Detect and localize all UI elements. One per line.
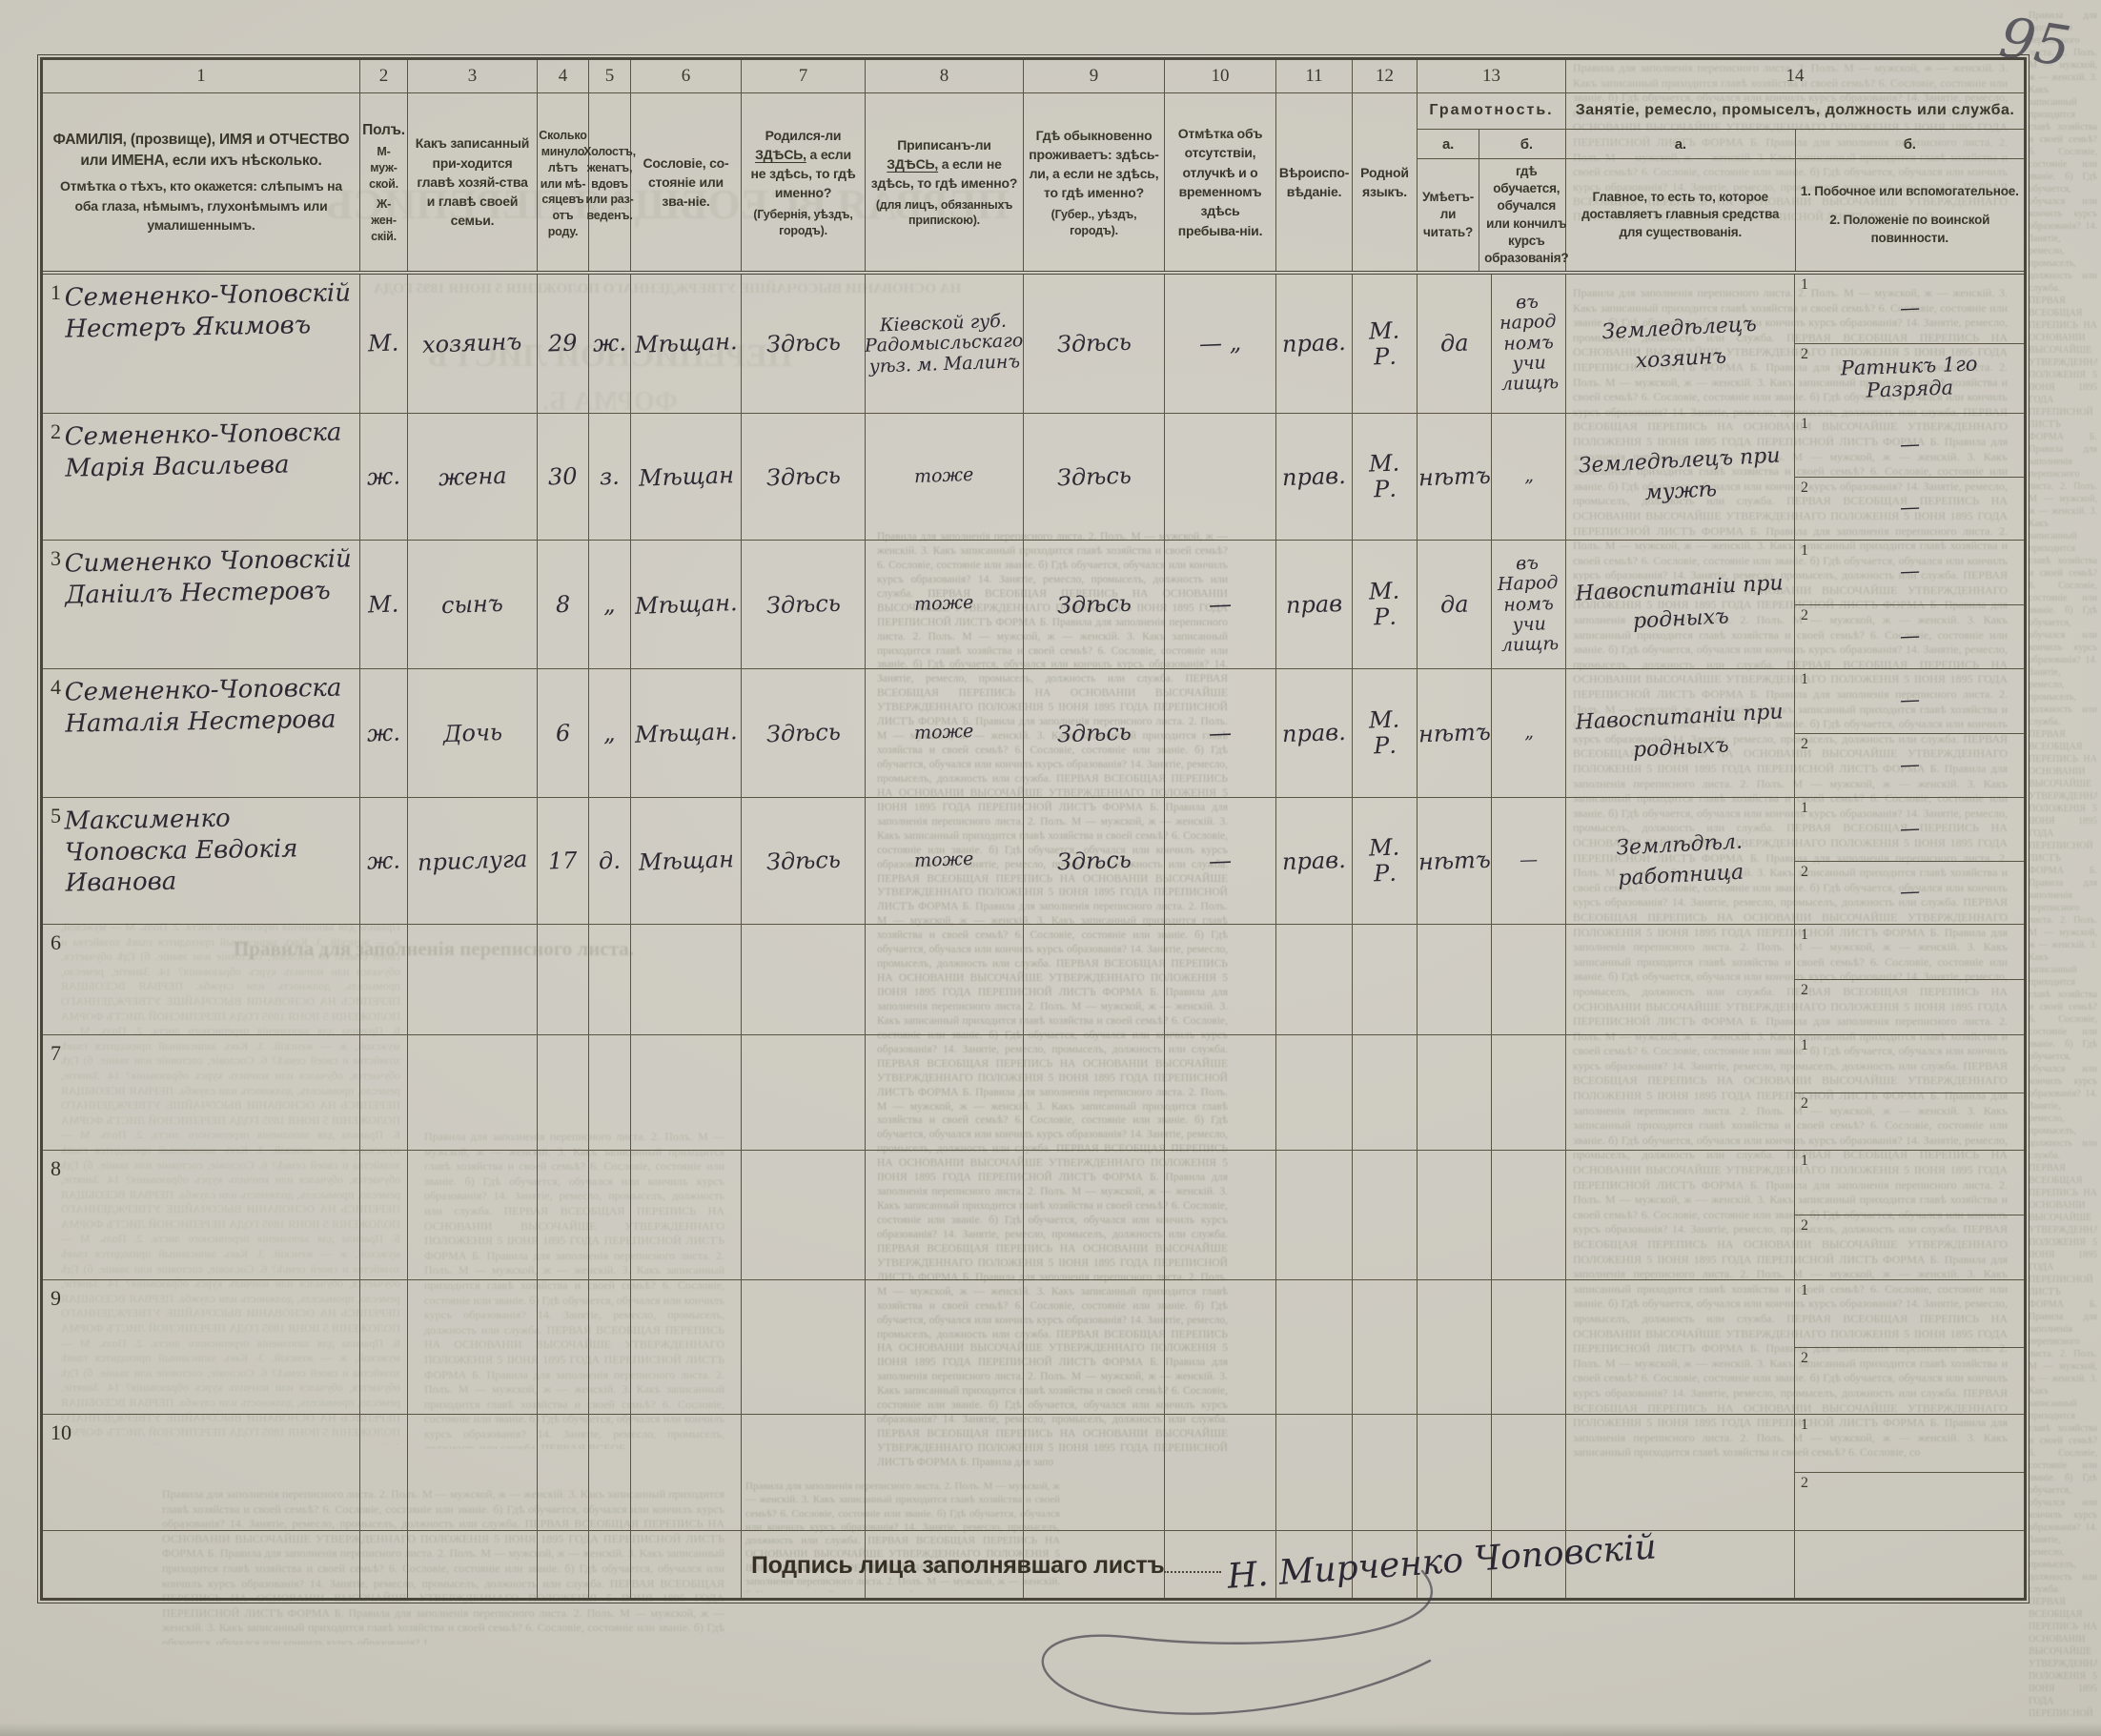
cell-relation: хозяинъ	[408, 275, 538, 413]
cell-estate: Мѣщан.	[631, 541, 742, 668]
cell-registered	[866, 1035, 1024, 1150]
cell-marital	[589, 925, 631, 1034]
col-header-residence: Гдѣ обыкновенно проживаетъ: здѣсь-ли, а …	[1024, 93, 1165, 271]
cell-sex: М.	[360, 541, 408, 668]
cell-occupation-main	[1566, 1035, 1795, 1150]
cell-relation: Дочь	[408, 669, 538, 797]
cell-occupation-main	[1566, 925, 1795, 1034]
cell-sex: ж.	[360, 669, 408, 797]
cell-age	[538, 1151, 589, 1279]
cell-relation	[408, 1415, 538, 1530]
cell-age	[538, 1415, 589, 1530]
cell-relation: жена	[408, 414, 538, 540]
col-header-age: Сколько минуло лѣтъ или мѣ-сяцевъ отъ ро…	[538, 93, 589, 271]
col-header-religion: Вѣроиспо-вѣданіе.	[1276, 93, 1353, 271]
col-num-3: 3	[408, 60, 538, 92]
cell-education	[1492, 1415, 1566, 1530]
col-num-7: 7	[742, 60, 866, 92]
column-number-row: 1 2 3 4 5 6 7 8 9 10 11 12 13 14	[43, 60, 2024, 93]
col-header-absence: Отмѣтка объ отсутствіи, отлучкѣ и о врем…	[1165, 93, 1276, 271]
cell-registered: Кіевской губ. Радомысльскаго уѣз. м. Мал…	[866, 275, 1024, 413]
cell-residence	[1024, 1035, 1165, 1150]
cell-name: 10	[43, 1415, 360, 1530]
ghost-text: Правила для заполненія переписного листа…	[2029, 10, 2097, 1716]
cell-education	[1492, 1151, 1566, 1279]
cell-occupation-sub-2: 2—	[1795, 605, 2024, 669]
cell-birthplace	[742, 1280, 866, 1414]
cell-education	[1492, 1035, 1566, 1150]
cell-residence: Здѣсь	[1024, 541, 1165, 668]
table-row: 3Симененко Чоповскій Даніилъ НестеровъМ.…	[43, 541, 2024, 669]
table-row: 1012	[43, 1415, 2024, 1531]
cell-residence	[1024, 1280, 1165, 1414]
census-sheet: ПЕРВАЯ ВСЕОБЩАЯ ПЕРЕПИСЬНА ОСНОВАНІИ ВЫС…	[0, 0, 2101, 1736]
cell-education: „	[1492, 669, 1566, 797]
census-table: 1 2 3 4 5 6 7 8 9 10 11 12 13 14 ФАМИЛІЯ…	[40, 57, 2027, 1601]
cell-language: М. Р.	[1353, 414, 1418, 540]
cell-literacy: нѣтъ	[1418, 669, 1492, 797]
cell-age: 29	[538, 275, 589, 413]
table-body: 1Семененко-Чоповскій Нестеръ ЯкимовъМ.хо…	[43, 275, 2024, 1531]
col-header-sex: Полъ. М-муж-ской. Ж-жен-скій.	[360, 93, 408, 271]
cell-birthplace: Здѣсь	[742, 414, 866, 540]
cell-age: 8	[538, 541, 589, 668]
cell-occupation-sub-1: 1—	[1795, 669, 2024, 734]
cell-sex	[360, 1280, 408, 1414]
cell-name: 8	[43, 1151, 360, 1279]
cell-education: „	[1492, 414, 1566, 540]
cell-name: 2Семененко-Чоповска Марія Васильева	[43, 414, 360, 540]
cell-absence: —	[1165, 541, 1276, 668]
cell-age	[538, 1035, 589, 1150]
cell-residence: Здѣсь	[1024, 669, 1165, 797]
table-row: 4Семененко-Чоповска Наталія Нестероваж.Д…	[43, 669, 2024, 798]
tail-cell	[360, 1531, 408, 1598]
cell-registered: тоже	[866, 669, 1024, 797]
col-header-marital: Холостъ, женатъ, вдовъ или раз-веденъ.	[589, 93, 631, 271]
cell-religion: прав.	[1276, 275, 1353, 413]
col-header-language: Родной языкъ.	[1353, 93, 1418, 271]
cell-occupation-side: 12	[1795, 1415, 2024, 1530]
col-num-1: 1	[43, 60, 360, 92]
cell-education	[1492, 1280, 1566, 1414]
cell-religion: прав.	[1276, 669, 1353, 797]
cell-occupation-main	[1566, 1280, 1795, 1414]
cell-residence: Здѣсь	[1024, 798, 1165, 924]
cell-occupation-sub-1: 1	[1795, 1280, 2024, 1348]
cell-religion: прав	[1276, 541, 1353, 668]
cell-sex: М.	[360, 275, 408, 413]
cell-occupation-side: 12	[1795, 1151, 2024, 1279]
cell-absence	[1165, 1151, 1276, 1279]
cell-occupation-sub-1: 1	[1795, 1035, 2024, 1093]
signature-label: Подпись лица заполнявшаго листъ	[751, 1552, 1164, 1580]
cell-name: 1Семененко-Чоповскій Нестеръ Якимовъ	[43, 275, 360, 413]
cell-occupation-sub-2: 2—	[1795, 734, 2024, 798]
cell-absence: —	[1165, 669, 1276, 797]
table-row: 2Семененко-Чоповска Марія Васильеваж.жен…	[43, 414, 2024, 541]
cell-occupation-main	[1566, 1415, 1795, 1530]
cell-age: 30	[538, 414, 589, 540]
col-num-4: 4	[538, 60, 589, 92]
cell-literacy: нѣтъ	[1418, 414, 1492, 540]
column-header-row: ФАМИЛІЯ, (прозвище), ИМЯ и ОТЧЕСТВО или …	[43, 93, 2024, 275]
cell-registered	[866, 1280, 1024, 1414]
cell-relation: прислуга	[408, 798, 538, 924]
cell-residence	[1024, 1151, 1165, 1279]
cell-age	[538, 1280, 589, 1414]
cell-occupation-sub-2: 2—	[1795, 862, 2024, 925]
col-num-8: 8	[866, 60, 1024, 92]
col-header-birthplace: Родился-ли ЗДѢСЬ, а если не здѣсь, то гд…	[742, 93, 866, 271]
cell-sex	[360, 1151, 408, 1279]
col-num-9: 9	[1024, 60, 1165, 92]
cell-relation	[408, 1151, 538, 1279]
cell-literacy	[1418, 925, 1492, 1034]
cell-occupation-side: 1—2—	[1795, 669, 2024, 797]
cell-language: М. Р.	[1353, 669, 1418, 797]
cell-literacy	[1418, 1035, 1492, 1150]
col-num-10: 10	[1165, 60, 1276, 92]
cell-birthplace	[742, 1035, 866, 1150]
cell-occupation-main: Землѣдѣл. работница	[1566, 798, 1795, 924]
cell-name: 7	[43, 1035, 360, 1150]
cell-estate: Мѣщан	[631, 798, 742, 924]
cell-language	[1353, 1035, 1418, 1150]
cell-occupation-sub-2: 2	[1795, 1348, 2024, 1415]
signature-dotted-line	[1164, 1546, 1221, 1573]
cell-relation	[408, 925, 538, 1034]
cell-birthplace: Здѣсь	[742, 669, 866, 797]
cell-education: въ народ номъ учи лищѣ	[1492, 275, 1566, 413]
cell-education: —	[1492, 798, 1566, 924]
cell-occupation-sub-2: 2Ратникъ 1го Разряда	[1795, 344, 2024, 413]
col-header-estate: Сословіе, со-стояніе или зва-ніе.	[631, 93, 742, 271]
cell-sex: ж.	[360, 414, 408, 540]
cell-language: М. Р.	[1353, 275, 1418, 413]
cell-religion	[1276, 1151, 1353, 1279]
cell-occupation-sub-2: 2	[1795, 980, 2024, 1034]
cell-language	[1353, 1151, 1418, 1279]
cell-occupation-main: Навоспитаніи при родныхъ	[1566, 541, 1795, 668]
col-header-relation: Какъ записанный при-ходится главѣ хозяй-…	[408, 93, 538, 271]
tail-cell	[408, 1531, 538, 1598]
cell-residence	[1024, 1415, 1165, 1530]
cell-residence: Здѣсь	[1024, 414, 1165, 540]
cell-estate	[631, 1280, 742, 1414]
cell-religion	[1276, 1415, 1353, 1530]
cell-estate: Мѣщан.	[631, 669, 742, 797]
cell-literacy: нѣтъ	[1418, 798, 1492, 924]
col-header-literacy: Грамотность. а. Умѣетъ-ли читать? б. гдѣ…	[1418, 93, 1566, 271]
cell-relation: сынъ	[408, 541, 538, 668]
cell-literacy	[1418, 1280, 1492, 1414]
cell-language	[1353, 1415, 1418, 1530]
cell-relation	[408, 1035, 538, 1150]
cell-occupation-side: 1—2Ратникъ 1го Разряда	[1795, 275, 2024, 413]
cell-marital	[589, 1035, 631, 1150]
cell-education: въ Народ номъ учи лищѣ	[1492, 541, 1566, 668]
cell-absence	[1165, 1280, 1276, 1414]
cell-absence	[1165, 1035, 1276, 1150]
table-row: 612	[43, 925, 2024, 1035]
cell-birthplace	[742, 925, 866, 1034]
cell-occupation-sub-1: 1—	[1795, 798, 2024, 862]
col-num-6: 6	[631, 60, 742, 92]
cell-occupation-main: Навоспитаніи при родныхъ	[1566, 669, 1795, 797]
table-row: 812	[43, 1151, 2024, 1280]
cell-estate	[631, 1035, 742, 1150]
cell-age: 6	[538, 669, 589, 797]
tail-cell	[631, 1531, 742, 1598]
cell-estate	[631, 1415, 742, 1530]
cell-marital: з.	[589, 414, 631, 540]
cell-sex	[360, 925, 408, 1034]
cell-registered: тоже	[866, 798, 1024, 924]
col-header-literacy-a: а. Умѣетъ-ли читать?	[1418, 130, 1479, 271]
cell-sex: ж.	[360, 798, 408, 924]
tail-cell	[1795, 1531, 2024, 1598]
col-header-occupation-b: б. 1. Побочное или вспомогательное. 2. П…	[1796, 130, 2025, 271]
cell-marital: „	[589, 669, 631, 797]
cell-marital: ж.	[589, 275, 631, 413]
col-num-12: 12	[1353, 60, 1418, 92]
cell-occupation-sub-1: 1	[1795, 925, 2024, 980]
cell-religion	[1276, 1280, 1353, 1414]
cell-occupation-side: 12	[1795, 1035, 2024, 1150]
cell-marital: „	[589, 541, 631, 668]
cell-birthplace	[742, 1151, 866, 1279]
cell-occupation-sub-1: 1—	[1795, 414, 2024, 478]
cell-literacy	[1418, 1151, 1492, 1279]
cell-language: М. Р.	[1353, 541, 1418, 668]
cell-absence	[1165, 1415, 1276, 1530]
cell-name: 4Семененко-Чоповска Наталія Нестерова	[43, 669, 360, 797]
cell-literacy: да	[1418, 275, 1492, 413]
col-num-13: 13	[1418, 60, 1566, 92]
cell-language	[1353, 925, 1418, 1034]
cell-registered: тоже	[866, 541, 1024, 668]
cell-sex	[360, 1035, 408, 1150]
cell-occupation-sub-2: 2	[1795, 1093, 2024, 1151]
cell-occupation-side: 1—2—	[1795, 541, 2024, 668]
cell-marital	[589, 1151, 631, 1279]
col-header-name: ФАМИЛІЯ, (прозвище), ИМЯ и ОТЧЕСТВО или …	[43, 93, 360, 271]
cell-occupation-sub-1: 1—	[1795, 541, 2024, 605]
cell-occupation-sub-1: 1—	[1795, 275, 2024, 344]
cell-marital: д.	[589, 798, 631, 924]
cell-literacy: да	[1418, 541, 1492, 668]
cell-age	[538, 925, 589, 1034]
cell-occupation-main	[1566, 1151, 1795, 1279]
table-row: 712	[43, 1035, 2024, 1151]
cell-registered: тоже	[866, 414, 1024, 540]
cell-residence	[1024, 925, 1165, 1034]
cell-absence: —	[1165, 798, 1276, 924]
tail-cell	[538, 1531, 589, 1598]
col-header-occupation: Занятіе, ремесло, промыселъ, должность и…	[1566, 93, 2024, 271]
cell-occupation-side: 1—2—	[1795, 798, 2024, 924]
cell-estate	[631, 1151, 742, 1279]
cell-sex	[360, 1415, 408, 1530]
cell-occupation-sub-1: 1	[1795, 1151, 2024, 1215]
cell-relation	[408, 1280, 538, 1414]
table-row: 1Семененко-Чоповскій Нестеръ ЯкимовъМ.хо…	[43, 275, 2024, 414]
tail-cell	[589, 1531, 631, 1598]
cell-birthplace: Здѣсь	[742, 541, 866, 668]
cell-education	[1492, 925, 1566, 1034]
cell-occupation-side: 12	[1795, 1280, 2024, 1414]
signature-row: Подпись лица заполнявшаго листъ Н. Мирче…	[751, 1542, 1657, 1582]
cell-occupation-side: 1—2—	[1795, 414, 2024, 540]
cell-name: 5Максименко Чоповска Евдокія Иванова	[43, 798, 360, 924]
cell-registered	[866, 1415, 1024, 1530]
col-num-2: 2	[360, 60, 408, 92]
cell-religion: прав.	[1276, 798, 1353, 924]
cell-occupation-sub-2: 2	[1795, 1473, 2024, 1530]
cell-residence: Здѣсь	[1024, 275, 1165, 413]
cell-occupation-main: Земледѣлецъ при мужѣ	[1566, 414, 1795, 540]
cell-name: 9	[43, 1280, 360, 1414]
col-header-occupation-a: а. Главное, то есть то, которое доставля…	[1566, 130, 1796, 271]
cell-birthplace: Здѣсь	[742, 798, 866, 924]
cell-registered	[866, 1151, 1024, 1279]
cell-religion	[1276, 925, 1353, 1034]
col-num-11: 11	[1276, 60, 1353, 92]
cell-name: 6	[43, 925, 360, 1034]
tail-cell	[43, 1531, 360, 1598]
cell-occupation-sub-1: 1	[1795, 1415, 2024, 1473]
cell-name: 3Симененко Чоповскій Даніилъ Нестеровъ	[43, 541, 360, 668]
cell-occupation-sub-2: 2	[1795, 1215, 2024, 1279]
cell-literacy	[1418, 1415, 1492, 1530]
cell-age: 17	[538, 798, 589, 924]
table-row: 5Максименко Чоповска Евдокія Ивановаж.пр…	[43, 798, 2024, 925]
cell-absence	[1165, 925, 1276, 1034]
cell-religion	[1276, 1035, 1353, 1150]
col-header-literacy-b: б. гдѣ обучается, обучался или кончилъ к…	[1479, 130, 1573, 271]
cell-occupation-side: 12	[1795, 925, 2024, 1034]
cell-estate: Мѣщан	[631, 414, 742, 540]
cell-marital	[589, 1280, 631, 1414]
cell-language	[1353, 1280, 1418, 1414]
cell-occupation-sub-2: 2—	[1795, 478, 2024, 541]
cell-estate	[631, 925, 742, 1034]
cell-registered	[866, 925, 1024, 1034]
cell-occupation-main: Земледѣлецъ хозяинъ	[1566, 275, 1795, 413]
cell-marital	[589, 1415, 631, 1530]
cell-birthplace: Здѣсь	[742, 275, 866, 413]
col-num-5: 5	[589, 60, 631, 92]
col-header-registered: Приписанъ-ли ЗДѢСЬ, а если не здѣсь, то …	[866, 93, 1024, 271]
cell-birthplace	[742, 1415, 866, 1530]
cell-absence	[1165, 414, 1276, 540]
cell-absence: — „	[1165, 275, 1276, 413]
cell-religion: прав.	[1276, 414, 1353, 540]
col-num-14: 14	[1566, 60, 2024, 92]
table-row: 912	[43, 1280, 2024, 1415]
cell-language: М. Р.	[1353, 798, 1418, 924]
cell-estate: Мѣщан.	[631, 275, 742, 413]
